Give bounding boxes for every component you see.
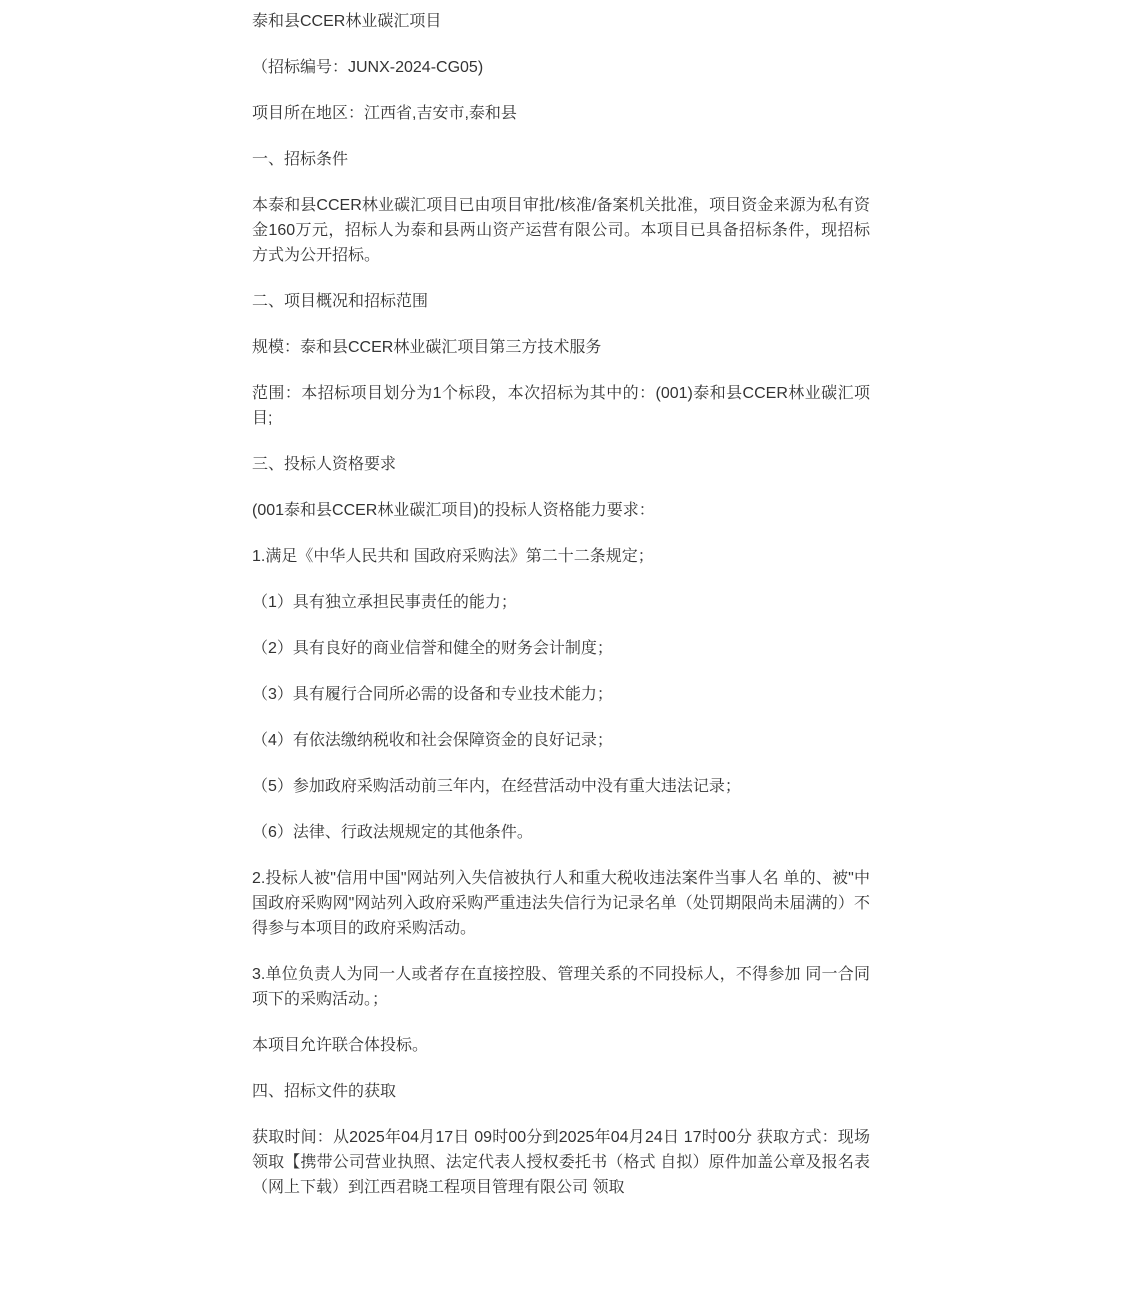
- section-1-heading: 一、招标条件: [252, 147, 870, 172]
- requirement-1-item-6: （6）法律、行政法规规定的其他条件。: [252, 820, 870, 845]
- requirement-1-item-3: （3）具有履行合同所必需的设备和专业技术能力；: [252, 682, 870, 707]
- section-3-heading: 三、投标人资格要求: [252, 452, 870, 477]
- project-location: 项目所在地区：江西省,吉安市,泰和县: [252, 101, 870, 126]
- scope-text: 范围：本招标项目划分为1个标段，本次招标为其中的：(001)泰和县CCER林业碳…: [252, 381, 870, 431]
- tender-number: （招标编号：JUNX-2024-CG05): [252, 55, 870, 80]
- requirement-1: 1.满足《中华人民共和 国政府采购法》第二十二条规定；: [252, 544, 870, 569]
- tender-conditions-text: 本泰和县CCER林业碳汇项目已由项目审批/核准/备案机关批准，项目资金来源为私有…: [252, 193, 870, 268]
- tender-announcement-document: 泰和县CCER林业碳汇项目 （招标编号：JUNX-2024-CG05) 项目所在…: [252, 0, 870, 1291]
- doc-title: 泰和县CCER林业碳汇项目: [252, 9, 870, 34]
- requirement-2: 2.投标人被"信用中国"网站列入失信被执行人和重大税收违法案件当事人名 单的、被…: [252, 866, 870, 941]
- requirement-1-item-1: （1）具有独立承担民事责任的能力；: [252, 590, 870, 615]
- document-acquisition-text: 获取时间：从2025年04月17日 09时00分到2025年04月24日 17时…: [252, 1125, 870, 1200]
- requirement-1-item-5: （5）参加政府采购活动前三年内，在经营活动中没有重大违法记录；: [252, 774, 870, 799]
- qualification-intro: (001泰和县CCER林业碳汇项目)的投标人资格能力要求：: [252, 498, 870, 523]
- consortium-note: 本项目允许联合体投标。: [252, 1033, 870, 1058]
- section-2-heading: 二、项目概况和招标范围: [252, 289, 870, 314]
- requirement-1-item-4: （4）有依法缴纳税收和社会保障资金的良好记录；: [252, 728, 870, 753]
- requirement-3: 3.单位负责人为同一人或者存在直接控股、管理关系的不同投标人，不得参加 同一合同…: [252, 962, 870, 1012]
- scale-text: 规模：泰和县CCER林业碳汇项目第三方技术服务: [252, 335, 870, 360]
- requirement-1-item-2: （2）具有良好的商业信誉和健全的财务会计制度；: [252, 636, 870, 661]
- section-4-heading: 四、招标文件的获取: [252, 1079, 870, 1104]
